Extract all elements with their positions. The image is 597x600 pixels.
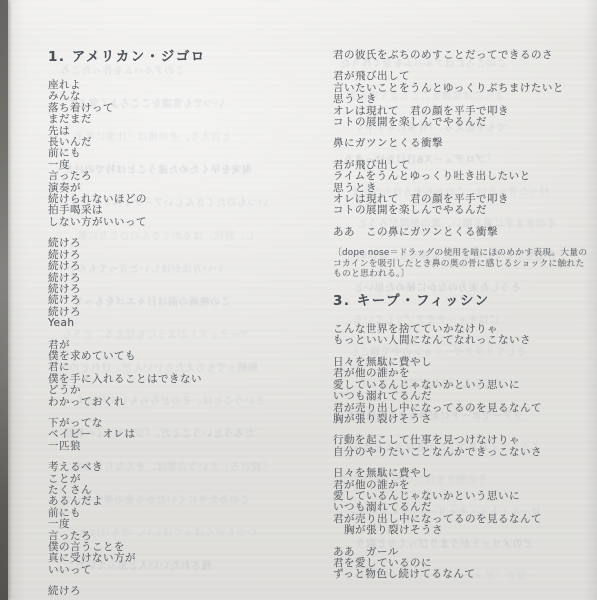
lyric-line: 一匹狼 (48, 441, 310, 452)
lyric-stanza: ああ この鼻にガツンとくる衝撃 (333, 227, 595, 238)
lyric-line: ずっと物色し続けてるなんて (333, 569, 595, 580)
lyric-stanza: 鼻にガツンとくる衝撃 (333, 138, 595, 149)
lyric-line: 君が他の誰かを (333, 368, 595, 379)
lyric-line: 続けろ (48, 307, 310, 318)
booklet-spine-edge (0, 0, 8, 600)
lyric-line: まだまだ (48, 114, 310, 125)
lyric-line: 自分のやりたいことなんかできっこないさ (333, 447, 595, 458)
lyric-line: 前にも (48, 508, 310, 519)
lyric-line: ライムをうんとゆっくり吐き出したいと (333, 171, 595, 182)
lyric-line: 続けろ (48, 284, 310, 295)
lyric-line: 思うとき (333, 94, 595, 105)
lyric-line: しない方がいいって (48, 217, 310, 228)
lyric-line: Yeah (48, 318, 310, 329)
lyric-line: 続けろ (48, 295, 310, 306)
lyric-line: 胸が張り裂けそうさ (333, 525, 595, 536)
lyric-line: 言ったろ (48, 171, 310, 182)
lyric-line: 僕を求めていても (48, 351, 310, 362)
lyric-stanza: 君が飛び出してライムをうんとゆっくり吐き出したいと思うときオレは現れて 君の顔を… (333, 160, 595, 217)
lyric-stanza: 日々を無駄に費やし君が他の誰かを愛しているんじゃないかという思いにいつも溺れてる… (333, 468, 595, 536)
lyric-stanza: 続けろ続けろ続けろ続けろ続けろ続けろ続けろYeah (48, 238, 310, 329)
lyric-stanza: 行動を起こして仕事を見つけなけりゃ自分のやりたいことなんかできっこないさ (333, 435, 595, 458)
lyric-stanza: 君が僕を求めていても君に僕を手に入れることはできないどうかわかっておくれ (48, 340, 310, 408)
lyric-line: 続けろ (48, 250, 310, 261)
annotation-line: ものと思われる。〕 (333, 269, 595, 280)
lyric-line: もっといい人間になんてなれっこないさ (333, 335, 595, 346)
lyric-line: 座れよ (48, 80, 310, 91)
lyrics-column-right: 君の彼氏をぶちのめすことだってできるのさ君が飛び出して言いたいことをうんとゆっく… (333, 50, 595, 591)
lyric-line: 一度 (48, 519, 310, 530)
lyric-line: 胸が張り裂けそうさ (333, 414, 595, 425)
lyrics-column-left: 1. アメリカン・ジゴロ座れよみんな落ち着けってまだまだ先は長いんだ前にも一度言… (48, 50, 310, 600)
annotation-line: 〔dope nose＝ドラッグの使用を暗にほのめかす表現。大量の (333, 248, 595, 259)
lyric-line: 前にも (48, 148, 310, 159)
lyric-line: 鼻にガツンとくる衝撃 (333, 138, 595, 149)
lyric-line: コトの展開を楽しんでやるんだ (333, 205, 595, 216)
lyric-line: コトの展開を楽しんでやるんだ (333, 117, 595, 128)
lyric-line: いいって (48, 565, 310, 576)
lyric-stanza: 君が飛び出して言いたいことをうんとゆっくりぶちまけたいと思うときオレは現れて 君… (333, 71, 595, 128)
lyric-stanza: ああ ガール君を愛しているのにずっと物色し続けてるなんて (333, 547, 595, 581)
lyric-stanza: 座れよみんな落ち着けってまだまだ先は長いんだ前にも一度言ったろ演奏が続けられない… (48, 80, 310, 228)
lyric-line: 続けろ (48, 586, 310, 597)
lyric-line: どうか (48, 385, 310, 396)
lyric-line: 君の彼氏をぶちのめすことだってできるのさ (333, 50, 595, 61)
annotation-line: コカインを吸引したとき鼻の奥の骨に感じるショックに触れた (333, 259, 595, 270)
song-title: 3. キープ・フィッシン (333, 294, 595, 309)
song-title: 1. アメリカン・ジゴロ (48, 50, 310, 65)
lyric-line: あるんだよ (48, 496, 310, 507)
lyric-line: ベイビー オレは (48, 429, 310, 440)
lyric-line: 考えるべき (48, 462, 310, 473)
lyric-stanza: こんな世界を捨てていかなけりゃもっといい人間になんてなれっこないさ (333, 324, 595, 347)
lyric-stanza: 君の彼氏をぶちのめすことだってできるのさ (333, 50, 595, 61)
lyric-stanza: 続けろ (48, 586, 310, 597)
lyric-stanza: 日々を無駄に費やし君が他の誰かを愛しているんじゃないかという思いにいつも溺れてる… (333, 357, 595, 425)
lyric-line: わかっておくれ (48, 397, 310, 408)
lyric-line: ああ この鼻にガツンとくる衝撃 (333, 227, 595, 238)
lyric-line: いつも溺れてるんだ (333, 391, 595, 402)
lyric-line: 行動を起こして仕事を見つけなけりゃ (333, 435, 595, 446)
lyric-stanza: 下がってなベイビー オレは一匹狼 (48, 418, 310, 452)
translator-annotation: 〔dope nose＝ドラッグの使用を暗にほのめかす表現。大量のコカインを吸引し… (333, 248, 595, 280)
lyric-line: 長いんだ (48, 137, 310, 148)
lyric-line: 続けろ (48, 238, 310, 249)
lyric-line: 僕を手に入れることはできない (48, 374, 310, 385)
lyric-line: 続けろ (48, 273, 310, 284)
lyric-stanza: 考えるべきことがたくさんあるんだよ前にも一度言ったろ僕の言うことを真に受けない方… (48, 462, 310, 576)
lyric-line: 続けろ (48, 261, 310, 272)
lyric-line: 日々を無駄に費やし (333, 468, 595, 479)
